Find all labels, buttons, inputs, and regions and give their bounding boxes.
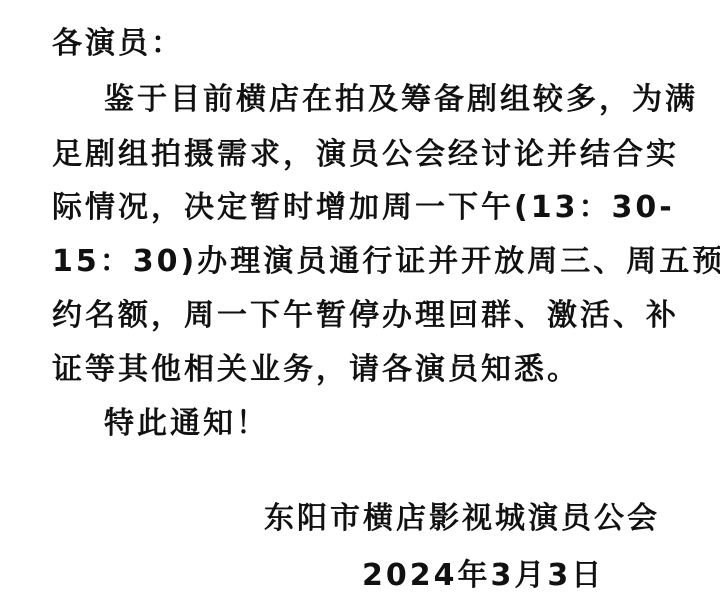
- body-line: 际情况，决定暂时增加周一下午(13：30-: [52, 190, 675, 226]
- signature: 东阳市横店影视城演员公会: [264, 501, 660, 537]
- body-line: 15：30)办理演员通行证并开放周三、周五预: [52, 244, 720, 280]
- body-line: 证等其他相关业务，请各演员知悉。: [52, 352, 580, 388]
- closing: 特此通知！: [104, 406, 269, 442]
- body-line: 约名额，周一下午暂停办理回群、激活、补: [52, 298, 679, 334]
- body-line: 鉴于目前横店在拍及筹备剧组较多，为满: [104, 82, 698, 118]
- body-line: 足剧组拍摄需求，演员公会经讨论并结合实: [52, 137, 679, 173]
- date: 2024年3月3日: [362, 558, 604, 594]
- salutation: 各演员：: [52, 26, 184, 62]
